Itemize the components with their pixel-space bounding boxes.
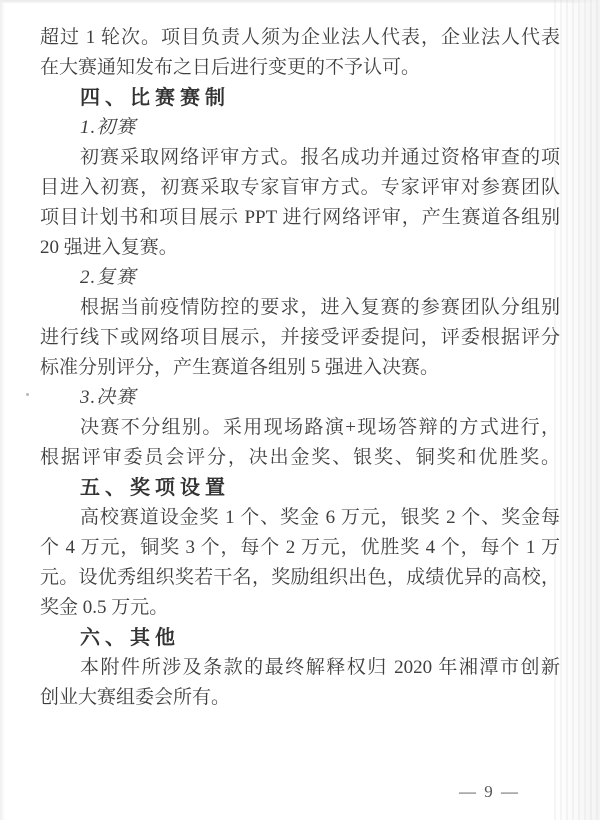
document-body: 超过 1 轮次。项目负责人须为企业法人代表，企业法人代表在大赛通知发布之日后进行… — [40, 23, 560, 713]
body-text-line: 高校赛道设金奖 1 个、奖金 6 万元，银奖 2 个、奖金每 — [40, 503, 560, 533]
body-text-line: 奖金 0.5 万元。 — [40, 593, 560, 623]
body-text-line: 根据评审委员会评分，决出金奖、银奖、铜奖和优胜奖。 — [40, 443, 560, 473]
body-text-line: 进行线下或网络项目展示，并接受评委提问，评委根据评分 — [40, 323, 560, 353]
body-text-line: 目进入初赛，初赛采取专家盲审方式。专家评审对参赛团队 — [40, 173, 560, 203]
body-text-line: 决赛不分组别。采用现场路演+现场答辩的方式进行， — [40, 413, 560, 443]
body-text-line: 创业大赛组委会所有。 — [40, 683, 560, 713]
scan-edge-right-band — [554, 0, 600, 820]
body-text-line: 本附件所涉及条款的最终解释权归 2020 年湘潭市创新 — [40, 653, 560, 683]
section-heading: 四、比赛赛制 — [40, 83, 560, 113]
list-item-label: 3.决赛 — [40, 383, 560, 413]
body-text-line: 个 4 万元，铜奖 3 个，每个 2 万元，优胜奖 4 个，每个 1 万 — [40, 533, 560, 563]
body-text-line: 根据当前疫情防控的要求，进入复赛的参赛团队分组别 — [40, 293, 560, 323]
body-text-line: 初赛采取网络评审方式。报名成功并通过资格审查的项 — [40, 143, 560, 173]
list-item-label: 2.复赛 — [40, 263, 560, 293]
section-heading: 六、其他 — [40, 623, 560, 653]
scan-edge-top — [0, 0, 600, 3]
body-text-line: 超过 1 轮次。项目负责人须为企业法人代表，企业法人代表 — [40, 23, 560, 53]
body-text-line: 标准分别评分，产生赛道各组别 5 强进入决赛。 — [40, 353, 560, 383]
body-text-line: 在大赛通知发布之日后进行变更的不予认可。 — [40, 53, 560, 83]
body-text-line: 项目计划书和项目展示 PPT 进行网络评审，产生赛道各组别 — [40, 203, 560, 233]
list-item-label: 1.初赛 — [40, 113, 560, 143]
body-text-line: 20 强进入复赛。 — [40, 233, 560, 263]
scan-speck — [26, 393, 29, 396]
section-heading: 五、奖项设置 — [40, 473, 560, 503]
page-number: — 9 — — [459, 782, 520, 802]
scan-edge-left — [0, 0, 5, 820]
body-text-line: 元。设优秀组织奖若干名，奖励组织出色，成绩优异的高校， — [40, 563, 560, 593]
